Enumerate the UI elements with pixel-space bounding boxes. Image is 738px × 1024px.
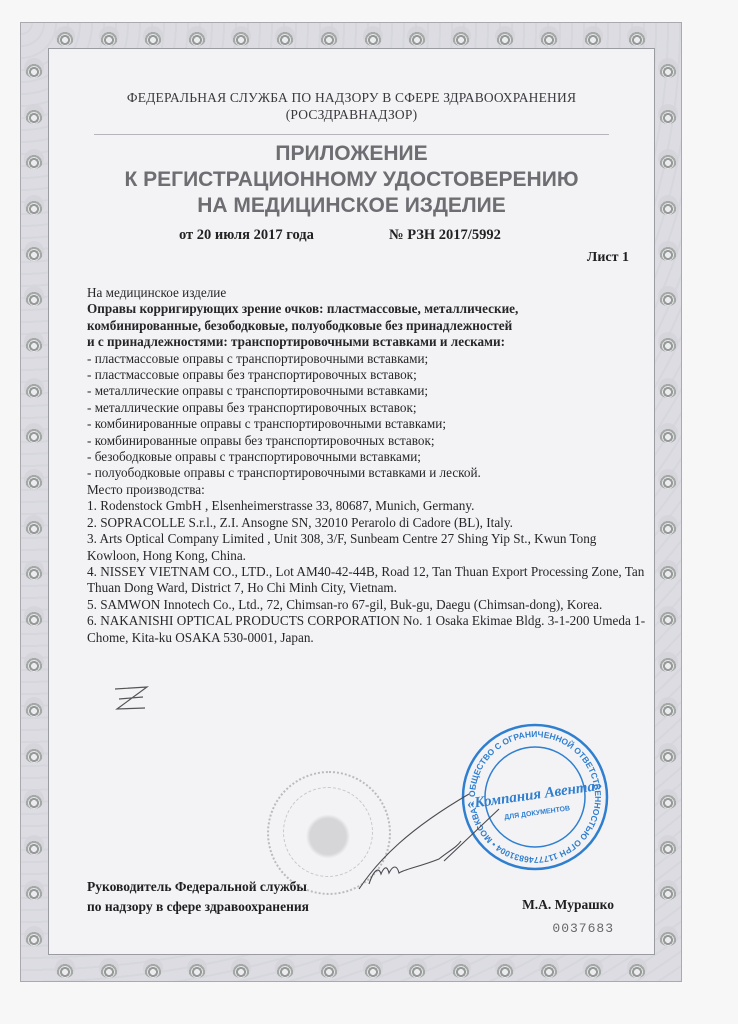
signatory-title-line-2: по надзору в сфере здравоохранения: [87, 897, 309, 917]
title-line-1: ПРИЛОЖЕНИЕ: [49, 141, 654, 167]
sheet-number: Лист 1: [587, 250, 629, 266]
device-variant: - безободковые оправы с транспортировочн…: [87, 449, 647, 465]
serial-number: 0037683: [552, 921, 614, 936]
signatory-title: Руководитель Федеральной службы по надзо…: [87, 877, 309, 917]
device-name-line: комбинированные, безободковые, полуободк…: [87, 318, 647, 334]
device-name-line: и с принадлежностями: транспортировочным…: [87, 334, 647, 350]
handwritten-z-mark: [109, 679, 169, 719]
document-panel: ФЕДЕРАЛЬНАЯ СЛУЖБА ПО НАДЗОРУ В СФЕРЕ ЗД…: [48, 48, 655, 955]
device-variant: - металлические оправы без транспортиров…: [87, 400, 647, 416]
border-ornaments-top: [43, 25, 659, 47]
agency-abbreviation: (РОСЗДРАВНАДЗОР): [49, 106, 654, 123]
device-variant: - комбинированные оправы с транспортиров…: [87, 416, 647, 432]
title-line-3: НА МЕДИЦИНСКОЕ ИЗДЕЛИЕ: [49, 193, 654, 219]
production-site: 5. SAMWON Innotech Co., Ltd., 72, Chimsa…: [87, 597, 647, 613]
document-title: ПРИЛОЖЕНИЕ К РЕГИСТРАЦИОННОМУ УДОСТОВЕРЕ…: [49, 141, 654, 219]
production-site: 1. Rodenstock GmbH , Elsenheimerstrasse …: [87, 498, 647, 514]
title-line-2: К РЕГИСТРАЦИОННОМУ УДОСТОВЕРЕНИЮ: [49, 167, 654, 193]
signatory-name: М.А. Мурашко: [522, 897, 614, 913]
device-variant: - комбинированные оправы без транспортир…: [87, 433, 647, 449]
signatory-title-line-1: Руководитель Федеральной службы: [87, 877, 309, 897]
border-ornaments-left: [23, 45, 45, 959]
border-ornaments-bottom: [43, 957, 659, 979]
agency-header: ФЕДЕРАЛЬНАЯ СЛУЖБА ПО НАДЗОРУ В СФЕРЕ ЗД…: [49, 89, 654, 123]
device-variant: - металлические оправы с транспортировоч…: [87, 383, 647, 399]
production-site: 2. SOPRACOLLE S.r.l., Z.I. Ansogne SN, 3…: [87, 515, 647, 531]
document-body: На медицинское изделие Оправы корригирую…: [87, 285, 647, 646]
header-divider: [94, 134, 609, 135]
stamp-subtitle: ДЛЯ ДОКУМЕНТОВ: [504, 805, 571, 821]
device-variant: - пластмассовые оправы с транспортировоч…: [87, 351, 647, 367]
production-label: Место производства:: [87, 482, 647, 498]
handwritten-signature: [349, 789, 509, 899]
agency-name: ФЕДЕРАЛЬНАЯ СЛУЖБА ПО НАДЗОРУ В СФЕРЕ ЗД…: [49, 89, 654, 106]
registration-number: № РЗН 2017/5992: [389, 227, 501, 244]
border-ornaments-right: [657, 45, 679, 959]
production-site: 3. Arts Optical Company Limited , Unit 3…: [87, 531, 647, 564]
device-variant: - пластмассовые оправы без транспортиров…: [87, 367, 647, 383]
device-name-line: Оправы корригирующих зрение очков: пласт…: [87, 301, 647, 317]
device-variant: - полуободковые оправы с транспортировоч…: [87, 465, 647, 481]
production-site: 6. NAKANISHI OPTICAL PRODUCTS CORPORATIO…: [87, 613, 647, 646]
production-site: 4. NISSEY VIETNAM CO., LTD., Lot AM40-42…: [87, 564, 647, 597]
registration-date: от 20 июля 2017 года: [179, 227, 314, 244]
device-intro: На медицинское изделие: [87, 285, 647, 301]
